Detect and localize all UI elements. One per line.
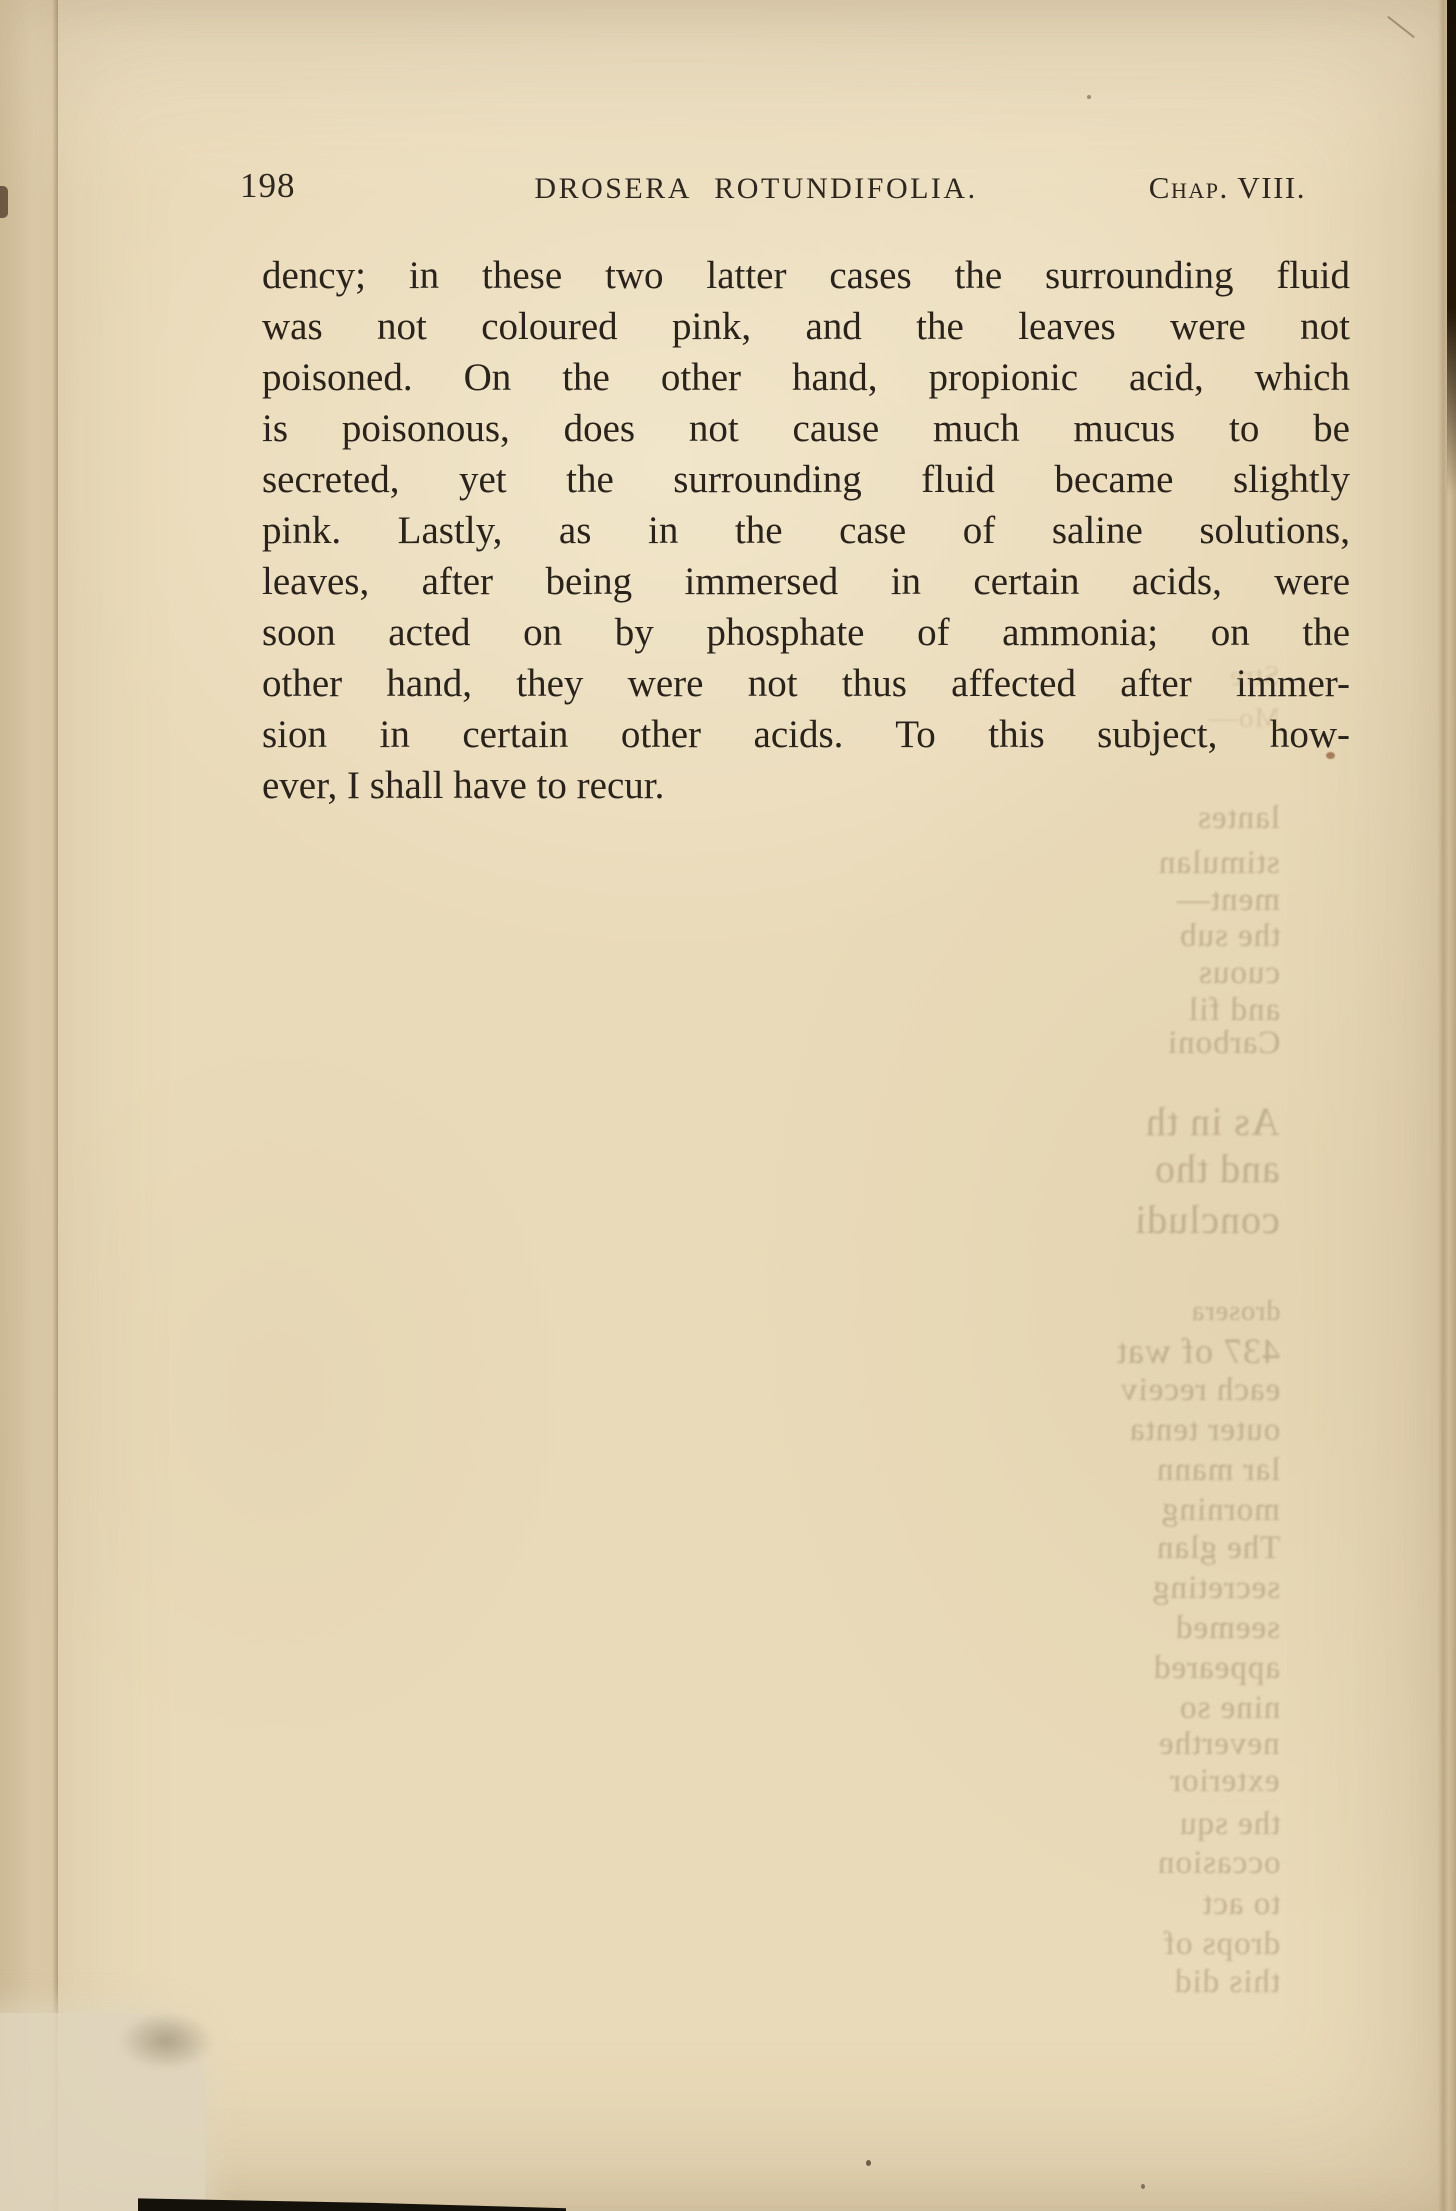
corner-scratch-mark — [1387, 16, 1415, 39]
paragraph-line: pink. Lastly, as in the case of saline s… — [262, 505, 1350, 556]
ghost-text-fragment: each receiv — [1120, 1372, 1280, 1409]
scan-right-black-edge — [1447, 0, 1456, 495]
ghost-text-fragment: exterior — [1169, 1763, 1280, 1800]
ghost-text-fragment: morning — [1161, 1492, 1280, 1529]
ghost-text-fragment: to act — [1202, 1886, 1280, 1923]
paragraph-line: was not coloured pink, and the leaves we… — [262, 301, 1350, 352]
paragraph: dency; in these two latter cases the sur… — [262, 250, 1350, 811]
page-left-edge-shadow — [0, 0, 58, 2211]
ghost-text-fragment: lar mann — [1156, 1452, 1280, 1489]
ghost-text-fragment: The glan — [1156, 1530, 1280, 1567]
ghost-text-fragment: occasion — [1157, 1845, 1280, 1882]
ghost-text-fragment: and fil — [1188, 992, 1280, 1029]
ghost-text-fragment: secreting — [1152, 1570, 1280, 1607]
ghost-text-fragment: and tho — [1154, 1145, 1280, 1192]
smudge-mark — [118, 2012, 214, 2070]
ghost-text-fragment: cuous — [1198, 955, 1280, 992]
running-title: DROSERA ROTUNDIFOLIA. — [534, 172, 977, 206]
left-edge-dark-notch — [0, 186, 8, 218]
ink-speck — [1087, 95, 1091, 99]
paragraph-line: ever, I shall have to recur. — [262, 760, 1350, 811]
paragraph-line: other hand, they were not thus affected … — [262, 658, 1350, 709]
ghost-text-fragment: this did — [1174, 1964, 1280, 2001]
ghost-text-fragment: nine so — [1179, 1690, 1280, 1727]
paragraph-line: leaves, after being immersed in certain … — [262, 556, 1350, 607]
paragraph-line: is poisonous, does not cause much mucus … — [262, 403, 1350, 454]
ghost-text-fragment: the sub — [1179, 918, 1280, 955]
paragraph-line: soon acted on by phosphate of ammonia; o… — [262, 607, 1350, 658]
paragraph-line: dency; in these two latter cases the sur… — [262, 250, 1350, 301]
ghost-text-fragment: drosera — [1191, 1296, 1280, 1328]
paragraph-line: poisoned. On the other hand, propionic a… — [262, 352, 1350, 403]
ghost-text-fragment: outer tenta — [1129, 1412, 1280, 1449]
paragraph-line: sion in certain other acids. To this sub… — [262, 709, 1350, 760]
ghost-text-fragment: concludi — [1134, 1196, 1280, 1243]
ghost-text-fragment: As in th — [1145, 1098, 1280, 1145]
ghost-text-fragment: the squ — [1179, 1806, 1280, 1843]
ghost-text-fragment: ment— — [1176, 882, 1280, 919]
ghost-text-fragment: appeared — [1153, 1650, 1280, 1687]
ghost-text-fragment: Carboni — [1167, 1025, 1280, 1062]
ghost-text-fragment: drops of — [1163, 1926, 1280, 1963]
ink-speck — [866, 2160, 871, 2166]
page-number: 198 — [240, 166, 296, 206]
ghost-text-fragment: seemed — [1175, 1610, 1280, 1647]
book-page-scan: 198 DROSERA ROTUNDIFOLIA. Chap. VIII. de… — [0, 0, 1456, 2211]
chapter-label: Chap. VIII. — [1149, 170, 1306, 206]
rust-fleck — [1326, 752, 1335, 759]
ink-speck — [1141, 2184, 1145, 2189]
paragraph-line: secreted, yet the surrounding fluid beca… — [262, 454, 1350, 505]
ghost-text-fragment: stimulan — [1158, 845, 1280, 882]
ghost-text-fragment: neverthe — [1158, 1726, 1280, 1763]
ghost-text-fragment: 437 of wat — [1116, 1330, 1280, 1372]
